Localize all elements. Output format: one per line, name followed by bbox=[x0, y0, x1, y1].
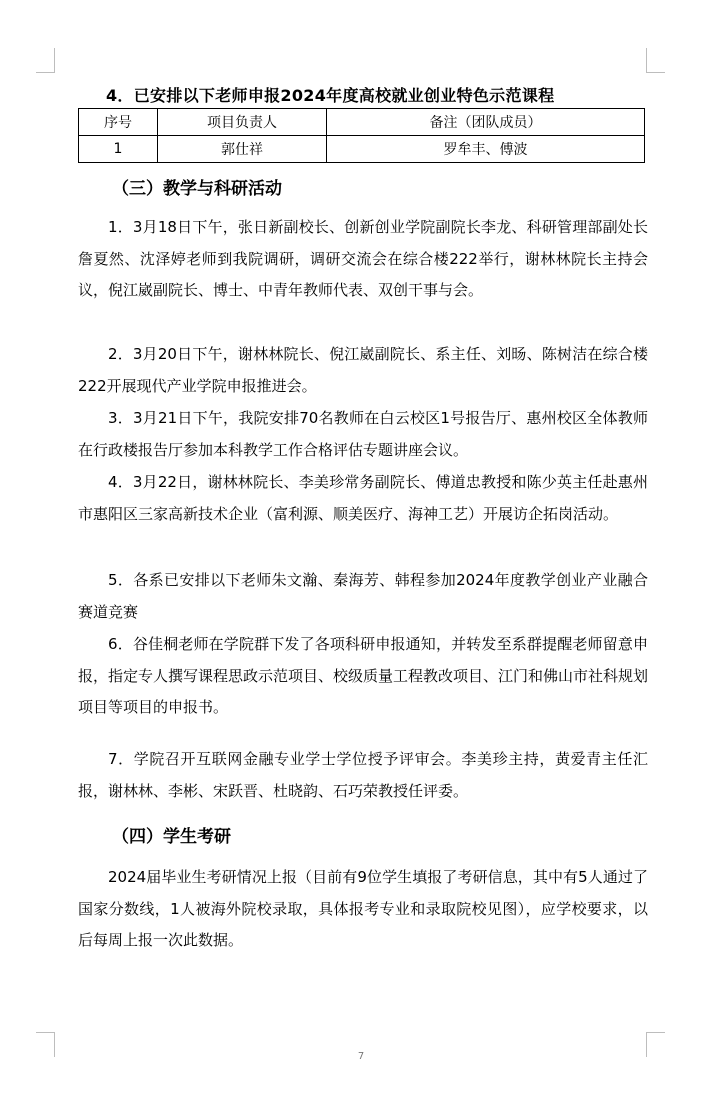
paragraph-text: 5．各系已安排以下老师朱文瀚、秦海芳、韩程参加2024年度教学创业产业融合赛道竞… bbox=[78, 571, 648, 621]
table-header-row: 序号 项目负责人 备注（团队成员） bbox=[79, 109, 645, 136]
course-table: 序号 项目负责人 备注（团队成员） 1 郭仕祥 罗牟丰、傅波 bbox=[78, 108, 645, 163]
header-cell-notes: 备注（团队成员） bbox=[327, 109, 645, 136]
cell-notes: 罗牟丰、傅波 bbox=[327, 136, 645, 163]
paragraph-6: 6．谷佳桐老师在学院群下发了各项科研申报通知，并转发至系群提醒老师留意申报，指定… bbox=[78, 629, 648, 724]
paragraph-text: 2．3月20日下午，谢林林院长、倪江崴副院长、系主任、刘旸、陈树洁在综合楼222… bbox=[78, 345, 648, 395]
paragraph-grad: 2024届毕业生考研情况上报（目前有9位学生填报了考研信息，其中有5人通过了国家… bbox=[78, 862, 648, 957]
paragraph-text: 7．学院召开互联网金融专业学士学位授予评审会。李美珍主持，黄爱青主任汇报，谢林林… bbox=[78, 750, 648, 800]
crop-mark-top-left bbox=[36, 48, 55, 73]
cell-leader: 郭仕祥 bbox=[158, 136, 327, 163]
header-cell-leader: 项目负责人 bbox=[158, 109, 327, 136]
section4-title: （四）学生考研 bbox=[112, 822, 231, 847]
item4-heading: 4．已安排以下老师申报2024年度高校就业创业特色示范课程 bbox=[106, 83, 554, 106]
document-page: 4．已安排以下老师申报2024年度高校就业创业特色示范课程 序号 项目负责人 备… bbox=[0, 0, 722, 1097]
paragraph-2: 2．3月20日下午，谢林林院长、倪江崴副院长、系主任、刘旸、陈树洁在综合楼222… bbox=[78, 339, 648, 402]
paragraph-3: 3．3月21日下午，我院安排70名教师在白云校区1号报告厅、惠州校区全体教师在行… bbox=[78, 403, 648, 466]
cell-index: 1 bbox=[79, 136, 158, 163]
crop-mark-top-right bbox=[646, 48, 665, 73]
paragraph-text: 2024届毕业生考研情况上报（目前有9位学生填报了考研信息，其中有5人通过了国家… bbox=[78, 868, 648, 949]
paragraph-7: 7．学院召开互联网金融专业学士学位授予评审会。李美珍主持，黄爱青主任汇报，谢林林… bbox=[78, 744, 648, 807]
header-cell-index: 序号 bbox=[79, 109, 158, 136]
page-number: 7 bbox=[0, 1051, 722, 1062]
paragraph-text: 1．3月18日下午，张日新副校长、创新创业学院副院长李龙、科研管理部副处长詹夏然… bbox=[78, 218, 648, 299]
table-row: 1 郭仕祥 罗牟丰、傅波 bbox=[79, 136, 645, 163]
paragraph-4: 4．3月22日，谢林林院长、李美珍常务副院长、傅道忠教授和陈少英主任赴惠州市惠阳… bbox=[78, 467, 648, 530]
paragraph-text: 6．谷佳桐老师在学院群下发了各项科研申报通知，并转发至系群提醒老师留意申报，指定… bbox=[78, 635, 648, 716]
paragraph-5: 5．各系已安排以下老师朱文瀚、秦海芳、韩程参加2024年度教学创业产业融合赛道竞… bbox=[78, 565, 648, 628]
section3-title: （三）教学与科研活动 bbox=[112, 174, 282, 199]
paragraph-1: 1．3月18日下午，张日新副校长、创新创业学院副院长李龙、科研管理部副处长詹夏然… bbox=[78, 212, 648, 307]
paragraph-text: 4．3月22日，谢林林院长、李美珍常务副院长、傅道忠教授和陈少英主任赴惠州市惠阳… bbox=[78, 473, 648, 523]
paragraph-text: 3．3月21日下午，我院安排70名教师在白云校区1号报告厅、惠州校区全体教师在行… bbox=[78, 409, 648, 459]
